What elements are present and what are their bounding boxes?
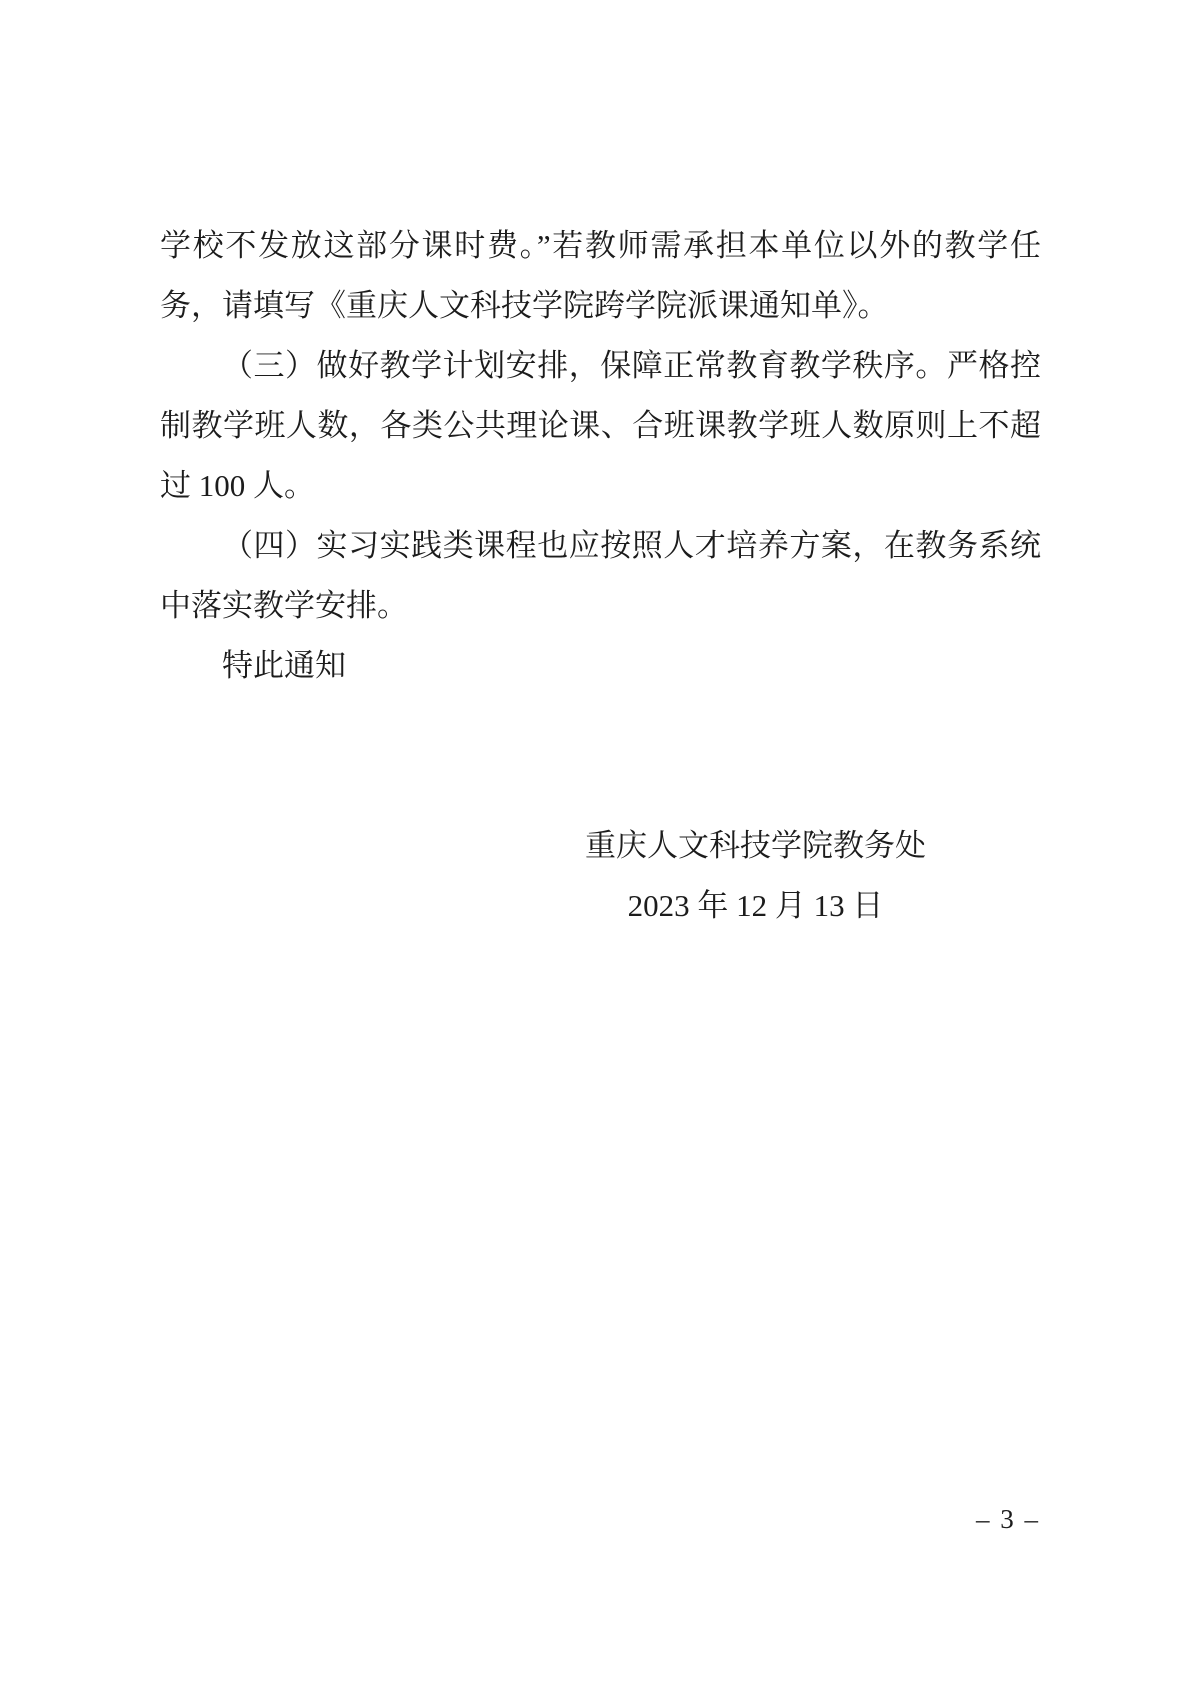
body-line: 过 100 人。 — [160, 456, 1041, 516]
body-line: 学校不发放这部分课时费。”若教师需承担本单位以外的教学任 — [160, 216, 1041, 276]
body-line: 制教学班人数，各类公共理论课、合班课教学班人数原则上不超 — [160, 396, 1041, 456]
body-line: （三）做好教学计划安排，保障正常教育教学秩序。严格控 — [160, 336, 1041, 396]
document-body: 学校不发放这部分课时费。”若教师需承担本单位以外的教学任 务，请填写《重庆人文科… — [160, 216, 1041, 936]
signature-issuer: 重庆人文科技学院教务处 — [470, 816, 1041, 876]
document-page: 学校不发放这部分课时费。”若教师需承担本单位以外的教学任 务，请填写《重庆人文科… — [0, 0, 1191, 1684]
body-line: 务，请填写《重庆人文科技学院跨学院派课通知单》。 — [160, 276, 1041, 336]
signature-date: 2023 年 12 月 13 日 — [470, 876, 1041, 936]
signature-block: 重庆人文科技学院教务处 2023 年 12 月 13 日 — [470, 816, 1041, 936]
page-number: – 3 – — [976, 1503, 1040, 1536]
body-line: 特此通知 — [160, 636, 1041, 696]
body-line: （四）实习实践类课程也应按照人才培养方案，在教务系统 — [160, 516, 1041, 576]
body-line: 中落实教学安排。 — [160, 576, 1041, 636]
